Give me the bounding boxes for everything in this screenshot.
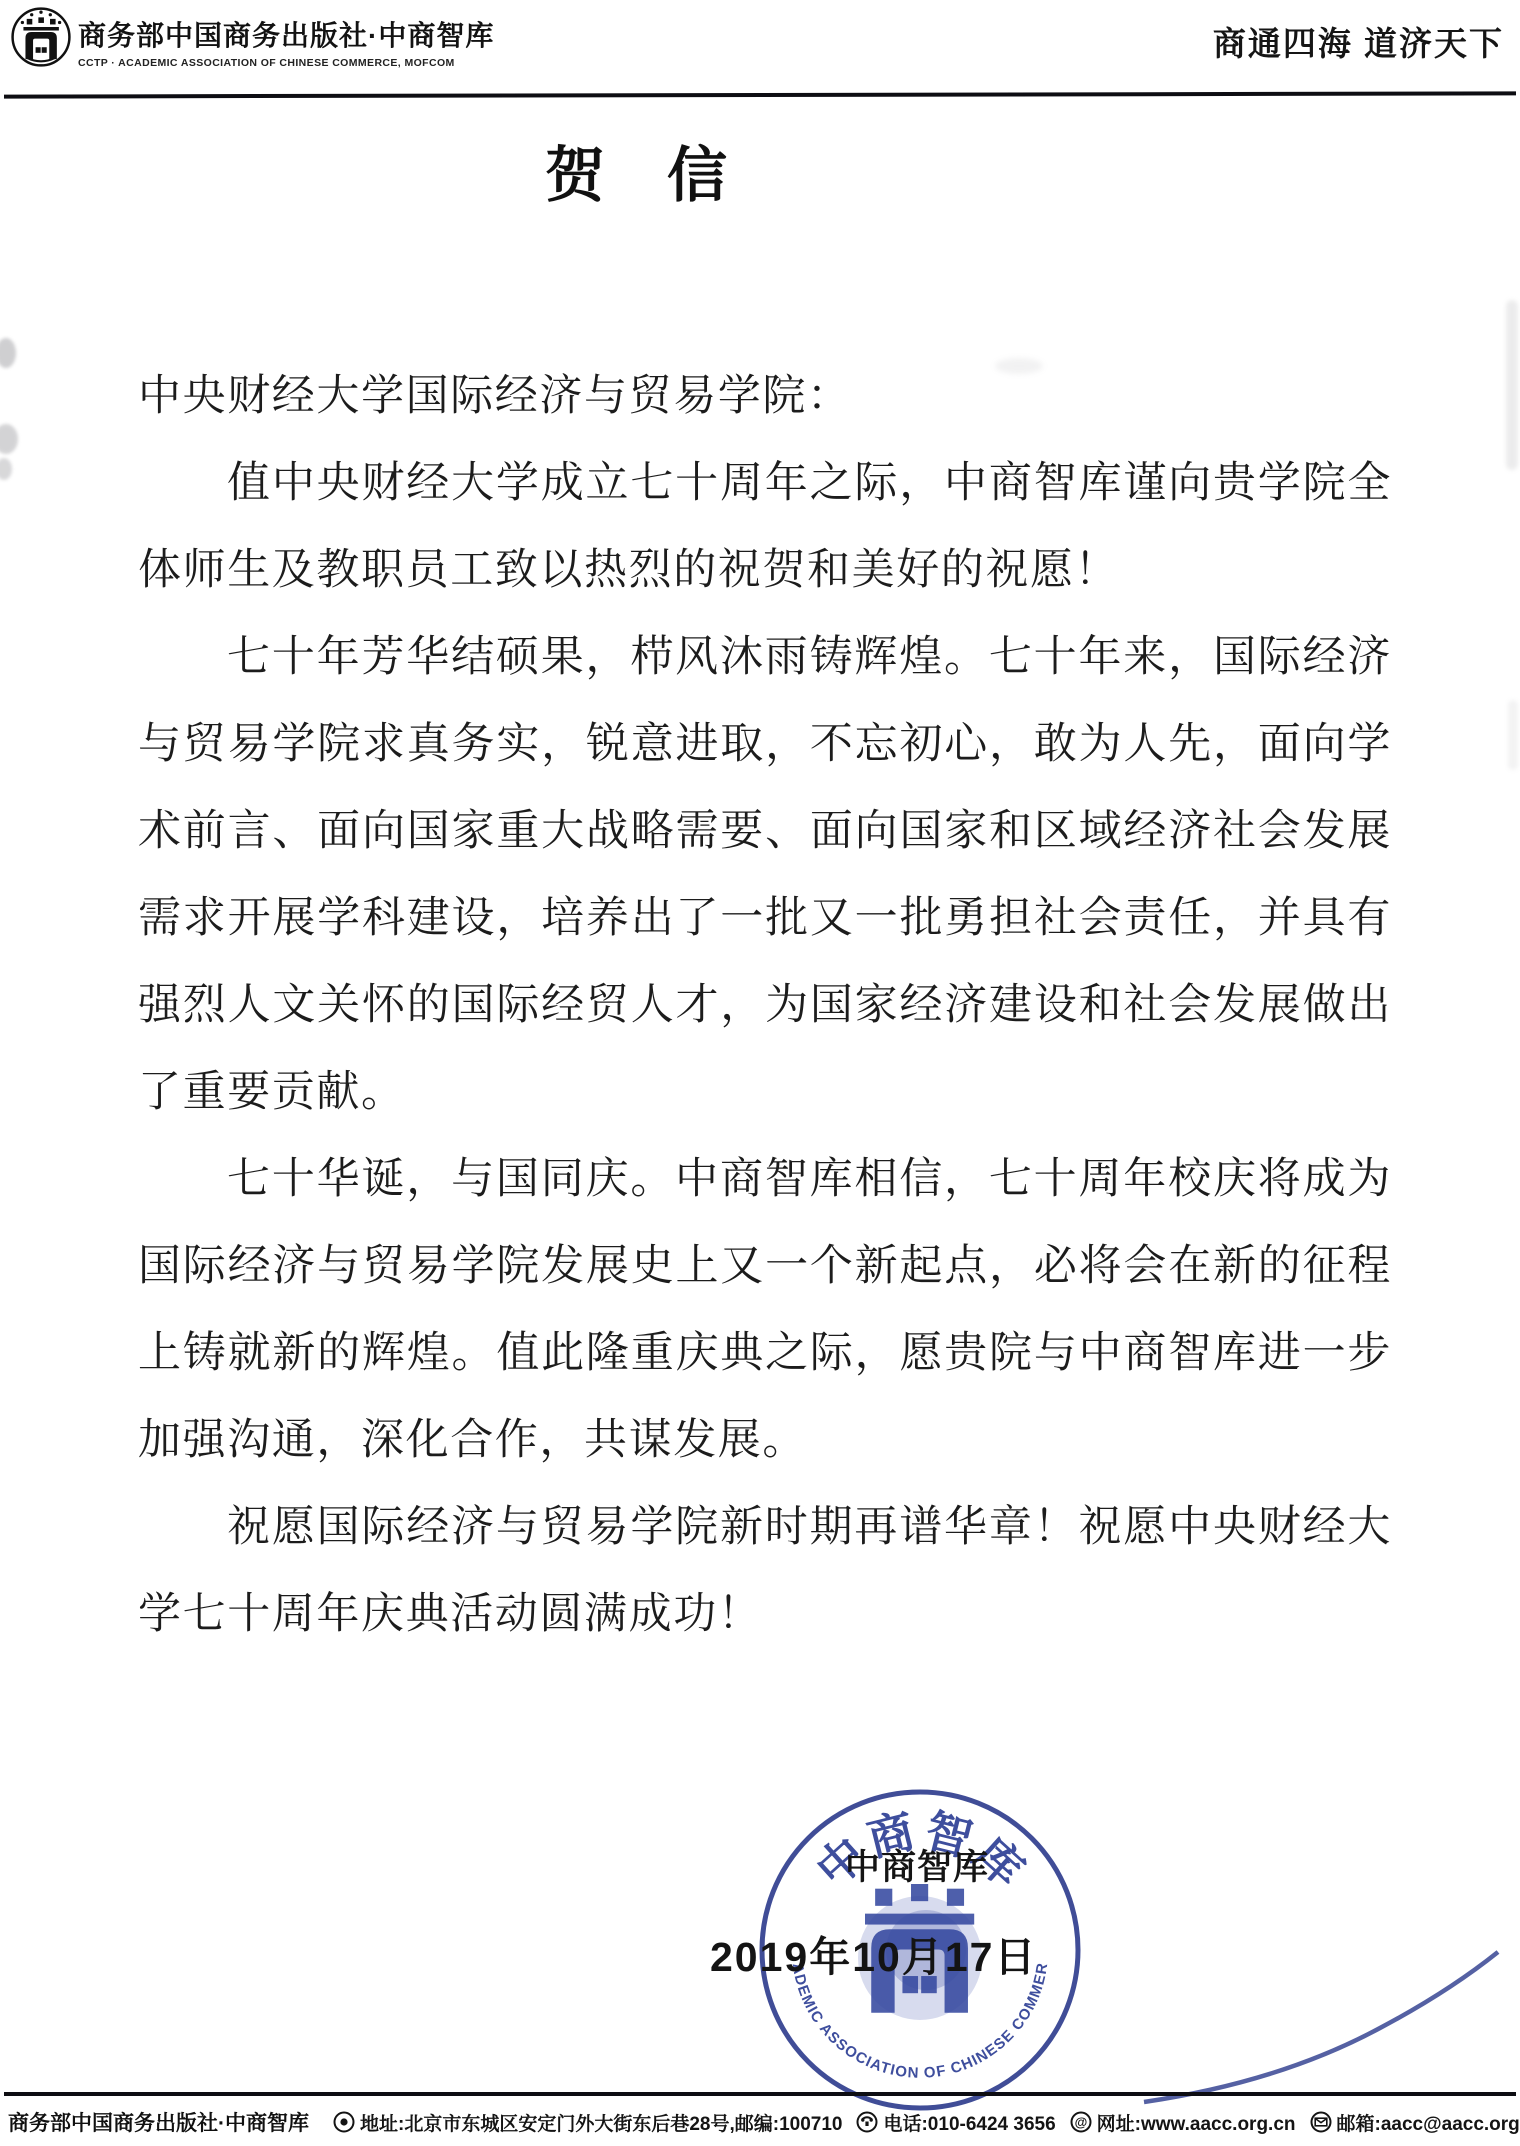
header-motto: 商通四海 道济天下 (1213, 18, 1504, 65)
scan-artifact (0, 458, 12, 480)
scan-artifact (995, 358, 1043, 374)
letter-page: 商务部中国商务出版社·中商智库 CCTP · ACADEMIC ASSOCIAT… (0, 0, 1520, 2146)
paragraph-1: 值中央财经大学成立七十周年之际，中商智库谨向贵学院全体师生及教职员工致以热烈的祝… (138, 440, 1392, 614)
header-org-name: 商务部中国商务出版社·中商智库 (78, 14, 494, 54)
header-org-block: 商务部中国商务出版社·中商智库 CCTP · ACADEMIC ASSOCIAT… (78, 14, 494, 69)
footer-address: 地址:北京市东城区安定门外大街东后巷28号,邮编:100710 (333, 2109, 842, 2136)
footer-email-text: 邮箱:aacc@aacc.org.cn (1337, 2109, 1520, 2136)
svg-text:@: @ (1074, 2115, 1087, 2130)
footer-rule (4, 2092, 1516, 2096)
paragraph-2: 七十年芳华结硕果，栉风沐雨铸辉煌。七十年来，国际经济与贸易学院求真务实，锐意进取… (138, 614, 1392, 1136)
signature-org-name: 中商智库 (845, 1840, 989, 1890)
salutation: 中央财经大学国际经济与贸易学院： (138, 353, 1392, 440)
scan-artifact (1508, 700, 1518, 770)
footer-address-text: 地址:北京市东城区安定门外大街东后巷28号,邮编:100710 (360, 2109, 842, 2136)
scan-artifact (1506, 300, 1518, 470)
paragraph-4: 祝愿国际经济与贸易学院新时期再谱华章！祝愿中央财经大学七十周年庆典活动圆满成功！ (138, 1484, 1392, 1658)
letter-title: 贺信 (545, 128, 789, 214)
footer-website-text: 网址:www.aacc.org.cn (1097, 2109, 1296, 2136)
scan-artifact (0, 424, 18, 454)
footer-email: 邮箱:aacc@aacc.org.cn (1310, 2109, 1520, 2136)
header-rule (4, 91, 1516, 98)
footer-website: @ 网址:www.aacc.org.cn (1070, 2109, 1296, 2136)
signature-date: 2019年10月17日 (710, 1924, 1037, 1983)
footer-phone-text: 电话:010-6424 3656 (883, 2109, 1055, 2136)
paragraph-3: 七十华诞，与国同庆。中商智库相信，七十周年校庆将成为国际经济与贸易学院发展史上又… (138, 1136, 1392, 1484)
location-icon (333, 2111, 355, 2133)
header-org-subtitle: CCTP · ACADEMIC ASSOCIATION OF CHINESE C… (78, 57, 494, 69)
footer: 商务部中国商务出版社·中商智库 地址:北京市东城区安定门外大街东后巷28号,邮编… (8, 2102, 1514, 2142)
phone-icon (856, 2111, 878, 2133)
partial-stamp-arc (1130, 1950, 1520, 2106)
email-icon (1310, 2111, 1332, 2133)
footer-org-name: 商务部中国商务出版社·中商智库 (8, 2107, 309, 2137)
scan-artifact (0, 338, 16, 368)
footer-phone: 电话:010-6424 3656 (856, 2109, 1055, 2136)
org-logo (10, 6, 72, 68)
website-icon: @ (1070, 2111, 1092, 2133)
letter-body: 中央财经大学国际经济与贸易学院： 值中央财经大学成立七十周年之际，中商智库谨向贵… (138, 353, 1392, 1658)
